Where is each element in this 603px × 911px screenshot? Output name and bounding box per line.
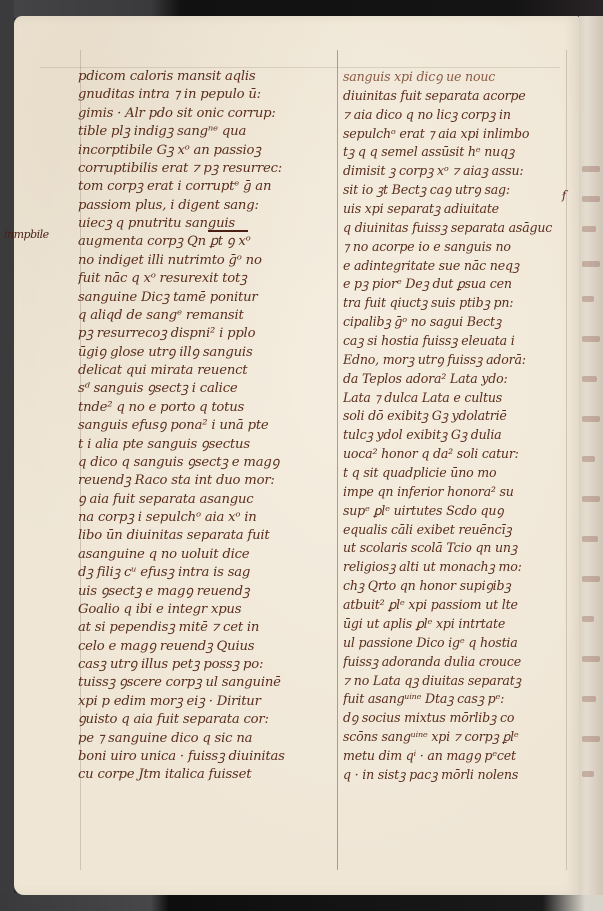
- text-line: sanguis xpi dicꝯ ue nouc: [343, 68, 573, 87]
- text-line: celo e magꝯ reuendꝫ Quius: [78, 638, 328, 656]
- text-line: gimis · Alr pdo sit onic corrup:: [78, 105, 328, 123]
- text-line: dꝫ filiꝫ cᵘ efusꝫ intra is sag: [78, 564, 328, 582]
- text-line: e pꝫ piorᵉ Deꝫ dut ꝑsua cen: [343, 275, 573, 294]
- text-line: metu dim qⁱ · an magꝯ pᵉcet: [343, 747, 573, 766]
- text-line: fuit asangᵘⁱⁿᵉ Dtaꝫ casꝫ pᵉ:: [343, 690, 573, 709]
- text-line: ꝯ aia fuit separata asanguc: [78, 491, 328, 509]
- text-line: cu corpe Jtm italica fuisset: [78, 766, 328, 784]
- text-line: dꝯ socius mixtus mōrlibꝫ co: [343, 709, 573, 728]
- text-line: ūgi ut aplis ꝑlᵉ xpi intrtate: [343, 615, 573, 634]
- text-line: ⁊ aia dico q no licꝫ corpꝫ in: [343, 106, 573, 125]
- text-line: asanguine q no uoluit dice: [78, 546, 328, 564]
- text-line: da Teplos adora² Lata ydo:: [343, 370, 573, 389]
- margin-note: inmpbile: [4, 228, 49, 241]
- text-line: corruptibilis erat ⁊ pꝫ resurrec:: [78, 160, 328, 178]
- text-line: uiecꝫ q pnutritu sanguis: [78, 215, 328, 233]
- text-line: ūgiꝯ glose utrꝯ illꝯ sanguis: [78, 344, 328, 362]
- text-line: fuissꝫ adoranda dulia crouce: [343, 653, 573, 672]
- text-line: no indiget illi nutrimto ḡᵒ no: [78, 252, 328, 270]
- text-line: boni uiro unica · fuissꝫ diuinitas: [78, 748, 328, 766]
- text-line: e adintegritate sue nāc neqꝫ: [343, 257, 573, 276]
- text-line: sanguine Dicꝫ tamē ponitur: [78, 289, 328, 307]
- text-line: caꝫ si hostia fuissꝫ eleuata i: [343, 332, 573, 351]
- text-line: q dico q sanguis ꝯsectꝫ e magꝯ: [78, 454, 328, 472]
- text-line: q diuinitas fuissꝫ separata asāguc: [343, 219, 573, 238]
- text-line: religiosꝫ alti ut monachꝫ mo:: [343, 558, 573, 577]
- text-line: tom corpꝫ erat i corruptᵉ ḡ an: [78, 178, 328, 196]
- adjacent-leaf-edge: [579, 16, 603, 895]
- text-line: supᵉ ꝑlᵉ uirtutes Scdo quꝯ: [343, 502, 573, 521]
- scanner-backdrop-left: [0, 0, 14, 911]
- text-line: libo ūn diuinitas separata fuit: [78, 527, 328, 545]
- text-line: sᵈ sanguis ꝯsectꝫ i calice: [78, 380, 328, 398]
- text-line: tulcꝫ ydol exibitꝫ Gꝫ dulia: [343, 426, 573, 445]
- text-line: impe qn inferior honora² su: [343, 483, 573, 502]
- text-line: q · in sistꝫ pacꝫ mōrli nolens: [343, 766, 573, 785]
- text-line: tra fuit qiuctꝫ suis ptibꝫ pn:: [343, 294, 573, 313]
- text-line: Edno, morꝫ utrꝯ fuissꝫ adorā:: [343, 351, 573, 370]
- text-line: q aliqd de sangᵉ remansit: [78, 307, 328, 325]
- text-line: reuendꝫ Raco sta int duo mor:: [78, 472, 328, 490]
- text-line: sit io ꝫt Bectꝫ caꝯ utrꝯ sag:: [343, 181, 573, 200]
- text-line: Goalio q ibi e integr xpus: [78, 601, 328, 619]
- scanner-backdrop-bottom: [0, 893, 603, 911]
- text-line: cipalibꝫ ḡᵒ no sagui Bectꝫ: [343, 313, 573, 332]
- text-line: tuissꝫ ꝯscere corpꝫ ul sanguinē: [78, 674, 328, 692]
- text-line: sepulchᵒ erat ⁊ aia xpi inlimbo: [343, 125, 573, 144]
- text-line: uis ꝯsectꝫ e magꝯ reuendꝫ: [78, 583, 328, 601]
- text-line: ul passione Dico igᵉ q hostia: [343, 634, 573, 653]
- text-line: gnuditas intra ⁊ in pepulo ū:: [78, 86, 328, 104]
- text-line: pe ⁊ sanguine dico q sic na: [78, 730, 328, 748]
- text-line: delicat qui mirata reuenct: [78, 362, 328, 380]
- text-line: xpi p edim morꝫ eiꝫ · Diritur: [78, 693, 328, 711]
- text-line: tnde² q no e porto q totus: [78, 399, 328, 417]
- text-line: passiom plus, i digent sang:: [78, 197, 328, 215]
- text-line: scōns sangᵘⁱⁿᵉ xpi ⁊ corpꝫ ꝑlᵉ: [343, 728, 573, 747]
- text-line: dimisit ꝫ corpꝫ xᵒ ⁊ aiaꝫ assu:: [343, 162, 573, 181]
- text-column-left: pdicom caloris mansit aqlisgnuditas intr…: [78, 68, 328, 785]
- text-line: soli dō exibitꝫ Gꝫ ydolatriē: [343, 407, 573, 426]
- text-line: na corpꝫ i sepulchᵒ aia xᵒ in: [78, 509, 328, 527]
- text-line: incorptibile Gꝫ xᵒ an passioꝫ: [78, 142, 328, 160]
- text-line: ⁊ no acorpe io e sanguis no: [343, 238, 573, 257]
- text-line: pꝫ resurrecoꝫ dispni² i pplo: [78, 325, 328, 343]
- text-line: uoca² honor q da² soli catur:: [343, 445, 573, 464]
- text-line: tꝫ q q semel assūsit hᵉ nuqꝫ: [343, 143, 573, 162]
- text-line: equalis cāli exibet reuēncīꝫ: [343, 521, 573, 540]
- text-line: pdicom caloris mansit aqlis: [78, 68, 328, 86]
- text-line: ꝯuisto q aia fuit separata cor:: [78, 711, 328, 729]
- text-line: diuinitas fuit separata acorpe: [343, 87, 573, 106]
- text-line: augmenta corpꝫ Qn ꝑt ꝯ xᵒ: [78, 233, 328, 251]
- text-line: atbuit² ꝑlᵉ xpi passiom ut lte: [343, 596, 573, 615]
- text-line: casꝫ utrꝯ illus petꝫ possꝫ po:: [78, 656, 328, 674]
- text-line: uis xpi separatꝫ adiuitate: [343, 200, 573, 219]
- text-line: tible plꝫ indigꝫ sangⁿᵉ qua: [78, 123, 328, 141]
- text-line: t i alia pte sanguis ꝯsectus: [78, 436, 328, 454]
- text-line: ⁊ no Lata qꝫ diuitas separatꝫ: [343, 672, 573, 691]
- text-line: at si pependisꝫ mitē ⁊ cet in: [78, 619, 328, 637]
- text-line: Lata ⁊ dulca Lata e cultus: [343, 389, 573, 408]
- text-line: fuit nāc q xᵒ resurexit totꝫ: [78, 270, 328, 288]
- text-column-right: sanguis xpi dicꝯ ue noucdiuinitas fuit s…: [343, 68, 573, 785]
- text-line: sanguis efusꝯ pona² i unā pte: [78, 417, 328, 435]
- text-line: t q sit quadplicie ūno mo: [343, 464, 573, 483]
- text-line: ut scolaris scolā Tcio qn unꝫ: [343, 539, 573, 558]
- text-line: chꝫ Qrto qn honor supiꝯibꝫ: [343, 577, 573, 596]
- ruling-column-divider: [337, 50, 338, 870]
